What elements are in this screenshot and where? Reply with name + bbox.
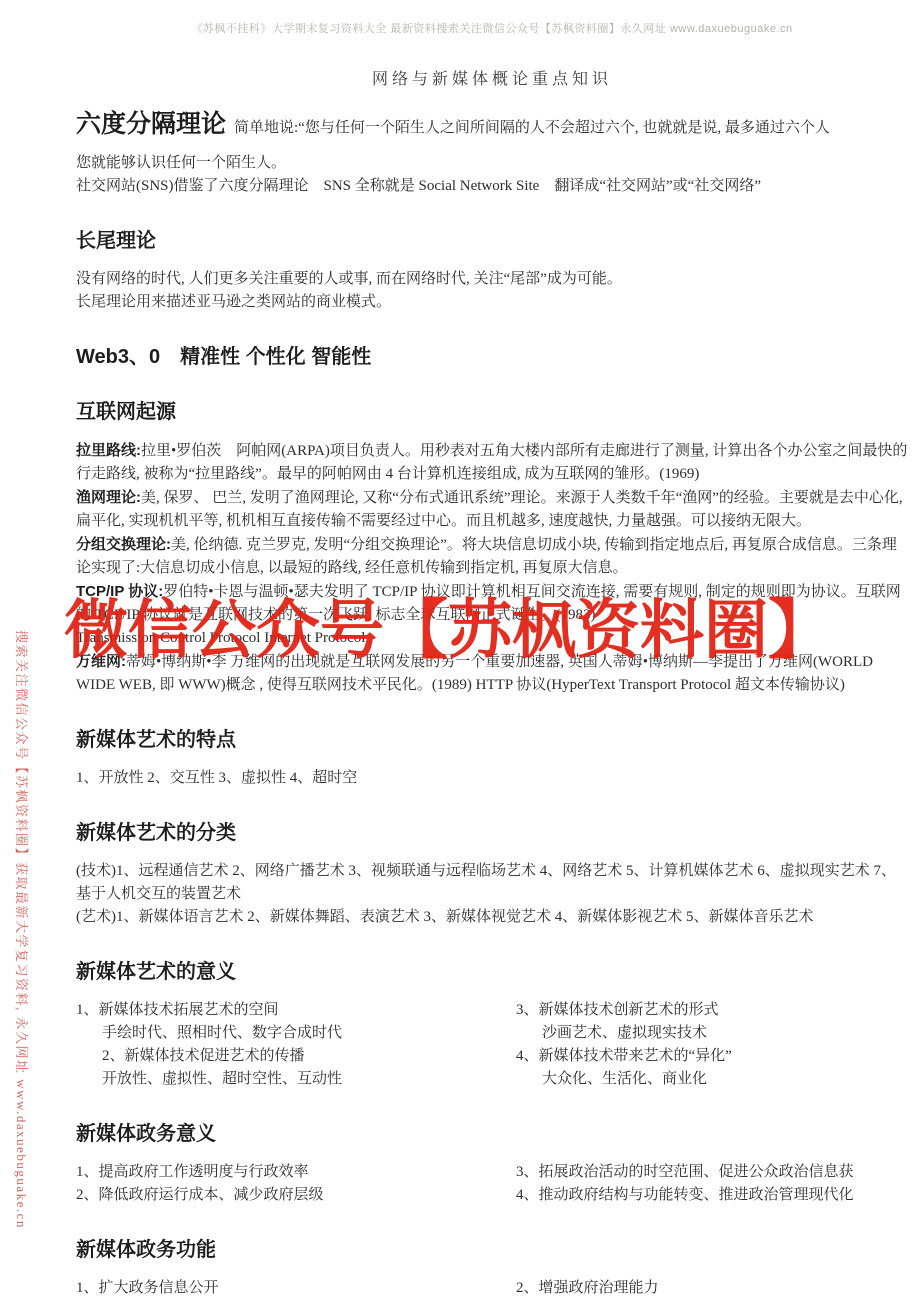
origin-item-fishnet-term: 渔网理论: [76,489,141,506]
origin-item-tcpip-text: 罗伯特•卡恩与温顿•瑟夫发明了 TCP/IP 协议即计算机相互间交流连接, 需要… [76,584,901,623]
list-item: 2、新媒体技术促进艺术的传播 [76,1045,516,1068]
art-meaning-heading: 新媒体艺术的意义 [76,955,908,984]
origin-item-fishnet-text: 美, 保罗、 巴兰, 发明了渔网理论, 又称“分布式通讯系统”理论。来源于人类数… [76,490,903,529]
origin-item-tcpip: TCP/IP 协议:罗伯特•卡恩与温顿•瑟夫发明了 TCP/IP 协议即计算机相… [76,580,908,627]
origin-item-larry-term: 拉里路线: [76,442,141,459]
origin-item-larry: 拉里路线:拉里•罗伯茨 阿帕网(ARPA)项目负责人。用秒表对五角大楼内部所有走… [76,439,908,486]
art-meaning-right-column: 3、新媒体技术创新艺术的形式 沙画艺术、虚拟现实技术 4、新媒体技术带来艺术的“… [516,999,908,1091]
long-tail-p2: 长尾理论用来描述亚马逊之类网站的商业模式。 [76,291,908,314]
document-page: 《苏枫不挂科》大学期末复习资料大全 最新资料搜索关注微信公众号【苏枫资料圈】永久… [0,0,918,1298]
gov-meaning-left-column: 1、提高政府工作透明度与行政效率 2、降低政府运行成本、减少政府层级 [76,1161,516,1207]
origin-item-packet-term: 分组交换理论: [76,536,171,553]
origin-item-packet-text: 美, 伦纳德. 克兰罗克, 发明“分组交换理论”。将大块信息切成小块, 传输到指… [76,537,897,576]
origin-item-tcpip-term: TCP/IP 协议: [76,583,163,600]
gov-functions-right-column: 2、增强政府治理能力 [516,1277,908,1298]
list-item: 3、新媒体技术创新艺术的形式 [516,999,908,1022]
list-item: 3、拓展政治活动的时空范围、促进公众政治信息获 [516,1161,908,1184]
list-item: 手绘时代、照相时代、数字合成时代 [76,1022,516,1045]
art-categories-art: (艺术)1、新媒体语言艺术 2、新媒体舞蹈、表演艺术 3、新媒体视觉艺术 4、新… [76,906,908,929]
list-item: 1、提高政府工作透明度与行政效率 [76,1161,516,1184]
origin-item-packet: 分组交换理论:美, 伦纳德. 克兰罗克, 发明“分组交换理论”。将大块信息切成小… [76,533,908,580]
gov-functions-left-column: 1、扩大政务信息公开 [76,1277,516,1298]
gov-functions-columns: 1、扩大政务信息公开 2、增强政府治理能力 [76,1277,908,1298]
list-item: 沙画艺术、虚拟现实技术 [516,1022,908,1045]
origin-item-fishnet: 渔网理论:美, 保罗、 巴兰, 发明了渔网理论, 又称“分布式通讯系统”理论。来… [76,486,908,533]
list-item: 2、降低政府运行成本、减少政府层级 [76,1184,516,1207]
six-degrees-intro: 简单地说:“您与任何一个陌生人之间所间隔的人不会超过六个, 也就就是说, 最多通… [234,120,830,136]
web30-heading: Web3、0 精准性 个性化 智能性 [76,340,908,369]
list-item: 1、新媒体技术拓展艺术的空间 [76,999,516,1022]
art-meaning-left-column: 1、新媒体技术拓展艺术的空间 手绘时代、照相时代、数字合成时代 2、新媒体技术促… [76,999,516,1091]
art-features-list: 1、开放性 2、交互性 3、虚拟性 4、超时空 [76,767,908,790]
origin-item-www-text: 蒂姆•博纳斯•李 万维网的出现就是互联网发展的另一个重要加速器, 英国人蒂姆•博… [76,654,873,693]
list-item: 2、增强政府治理能力 [516,1277,908,1298]
list-item: 1、扩大政务信息公开 [76,1277,516,1298]
gov-meaning-columns: 1、提高政府工作透明度与行政效率 2、降低政府运行成本、减少政府层级 3、拓展政… [76,1161,908,1207]
origin-heading: 互联网起源 [76,395,908,424]
list-item: 4、新媒体技术带来艺术的“异化” [516,1045,908,1068]
protocol-line: Transmission Control Protocol Internet P… [76,627,908,650]
page-title: 网络与新媒体概论重点知识 [76,66,908,89]
list-item: 大众化、生活化、商业化 [516,1068,908,1091]
long-tail-p1: 没有网络的时代, 人们更多关注重要的人或事, 而在网络时代, 关注“尾部”成为可… [76,268,908,291]
art-features-heading: 新媒体艺术的特点 [76,723,908,752]
six-degrees-line2: 您就能够认识任何一个陌生人。 [76,152,908,175]
six-degrees-line3: 社交网站(SNS)借鉴了六度分隔理论 SNS 全称就是 Social Netwo… [76,175,908,198]
list-item: 开放性、虚拟性、超时空性、互动性 [76,1068,516,1091]
origin-item-www-term: 万维网: [76,653,126,670]
long-tail-heading: 长尾理论 [76,224,908,253]
header-note: 《苏枫不挂科》大学期末复习资料大全 最新资料搜索关注微信公众号【苏枫资料圈】永久… [76,0,908,36]
art-categories-heading: 新媒体艺术的分类 [76,816,908,845]
art-categories-tech: (技术)1、远程通信艺术 2、网络广播艺术 3、视频联通与远程临场艺术 4、网络… [76,860,908,906]
origin-item-larry-text: 拉里•罗伯茨 阿帕网(ARPA)项目负责人。用秒表对五角大楼内部所有走廊进行了测… [76,443,907,482]
origin-item-www: 万维网:蒂姆•博纳斯•李 万维网的出现就是互联网发展的另一个重要加速器, 英国人… [76,650,908,697]
gov-meaning-right-column: 3、拓展政治活动的时空范围、促进公众政治信息获 4、推动政府结构与功能转变、推进… [516,1161,908,1207]
section-six-degrees: 六度分隔理论简单地说:“您与任何一个陌生人之间所间隔的人不会超过六个, 也就就是… [76,109,908,143]
six-degrees-heading: 六度分隔理论 [76,110,226,138]
gov-meaning-heading: 新媒体政务意义 [76,1117,908,1146]
gov-functions-heading: 新媒体政务功能 [76,1233,908,1262]
art-meaning-columns: 1、新媒体技术拓展艺术的空间 手绘时代、照相时代、数字合成时代 2、新媒体技术促… [76,999,908,1091]
list-item: 4、推动政府结构与功能转变、推进政治管理现代化 [516,1184,908,1207]
